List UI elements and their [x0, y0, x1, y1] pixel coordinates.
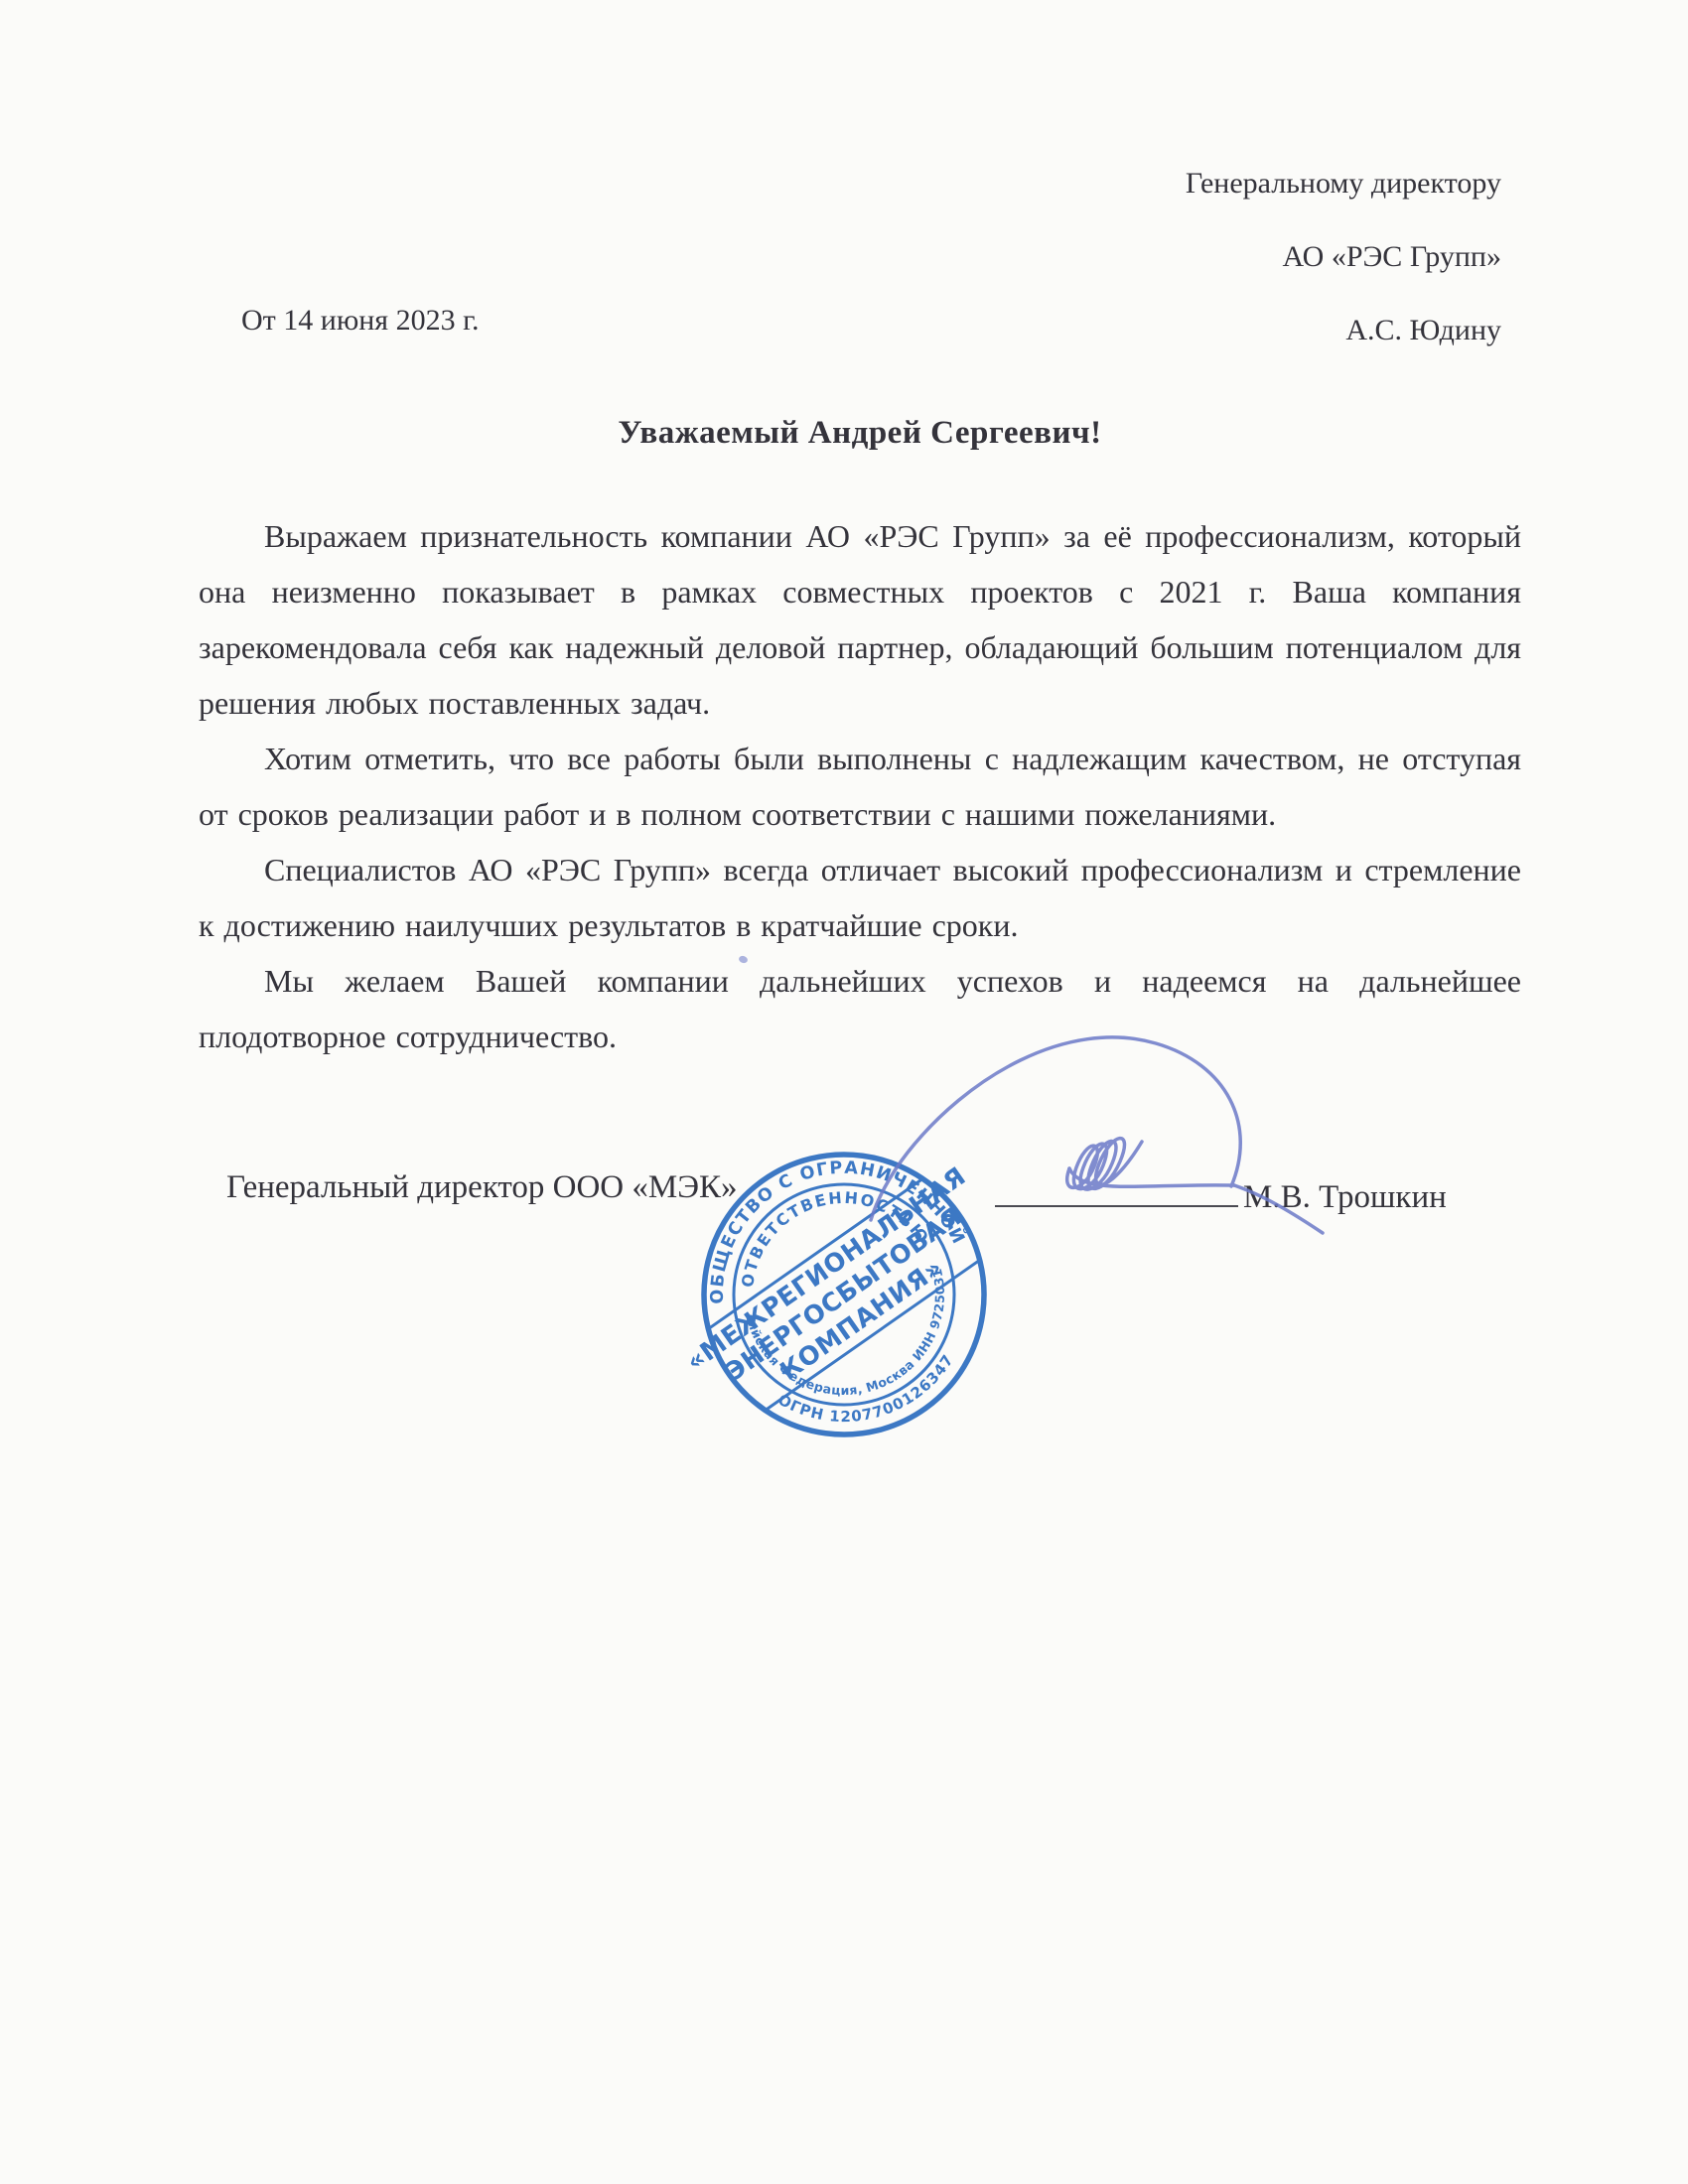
letter-body: Выражаем признательность компании АО «РЭ…	[199, 508, 1521, 1064]
recipient-line: АО «РЭС Групп»	[1186, 220, 1501, 294]
scanned-letter-page: Генеральному директору АО «РЭС Групп» А.…	[0, 0, 1688, 2184]
company-stamp: ОБЩЕСТВО С ОГРАНИЧЕННОЙ ОТВЕТСТВЕННОСТЬЮ…	[665, 1116, 1023, 1473]
body-paragraph: Мы желаем Вашей компании дальнейших успе…	[199, 953, 1521, 1064]
signatory-name: М.В. Трошкин	[1243, 1179, 1447, 1216]
body-paragraph: Выражаем признательность компании АО «РЭ…	[199, 508, 1521, 731]
signatory-title: Генеральный директор ООО «МЭК»	[226, 1169, 738, 1206]
recipient-line: Генеральному директору	[1186, 147, 1501, 220]
recipient-line: А.С. Юдину	[1186, 294, 1501, 367]
body-paragraph: Хотим отметить, что все работы были выпо…	[199, 731, 1521, 842]
salutation: Уважаемый Андрей Сергеевич!	[199, 415, 1521, 452]
signature-underline	[995, 1205, 1238, 1207]
body-paragraph: Специалистов АО «РЭС Групп» всегда отлич…	[199, 842, 1521, 953]
recipient-block: Генеральному директору АО «РЭС Групп» А.…	[1186, 147, 1501, 367]
letter-date: От 14 июня 2023 г.	[241, 304, 480, 338]
